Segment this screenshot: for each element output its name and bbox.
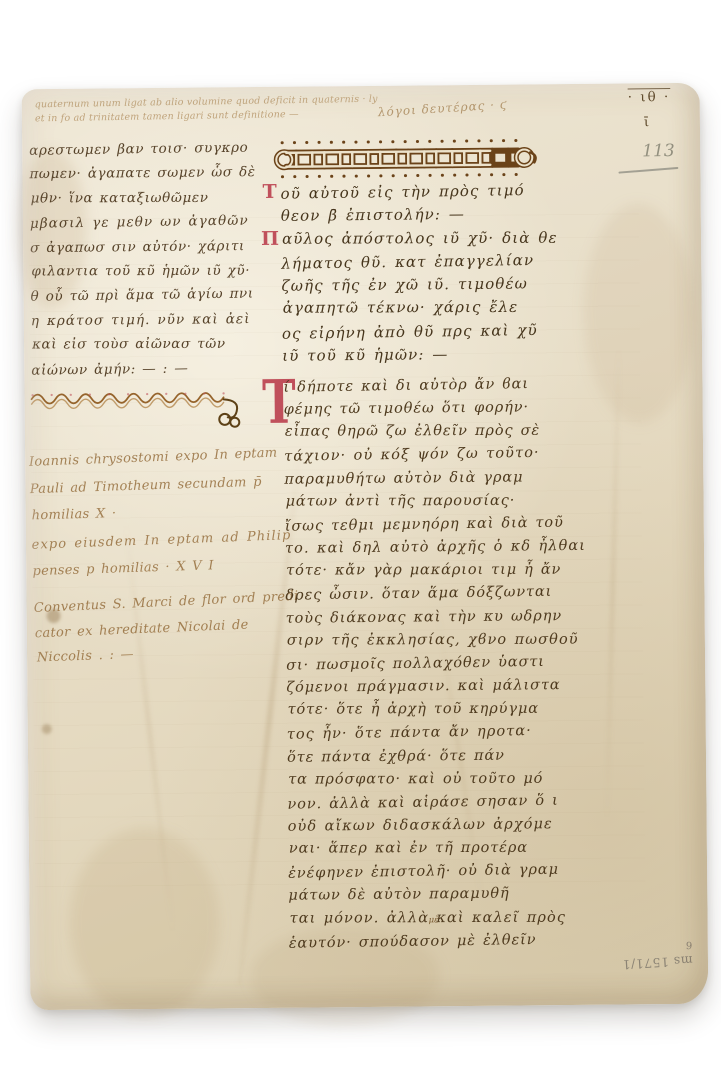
text-line: ὅτε πάντα ἐχθρά· ὅτε πάν bbox=[287, 743, 647, 770]
text-line: καὶ εἰσ τοὺσ αἰῶνασ τῶν bbox=[32, 332, 266, 357]
text-line: σιρν τῆς ἐκκλησίας, χϐνο πωσθοῦ bbox=[287, 628, 647, 652]
top-latin-inscription: quaternum unum ligat ab alio volumine qu… bbox=[35, 93, 378, 127]
text-line: ζωῆς τῆς ἐν χῶ ιῦ. τιμοθέω bbox=[281, 272, 637, 299]
folio-number-pencil: 113 bbox=[642, 141, 675, 161]
text-line: παραμυθήτω αὐτὸν διὰ γραμ bbox=[284, 465, 644, 492]
rubric-initial-tau: Τ bbox=[262, 181, 276, 203]
chrysostom-contents-note: Ioannis chrysostomi expo In eptamPauli a… bbox=[29, 440, 293, 586]
epistle-title-and-opening: οῦ αὐτοῦ εἰς τὴν πρὸς τιμόθεον β̄ ἐπιστο… bbox=[280, 178, 638, 368]
text-line: ιῦ τοῦ κῦ ἡμῶν: — bbox=[282, 341, 638, 368]
text-line: θ οὗ τῶ πρὶ ἅμα τῶ ἁγίω πνι bbox=[30, 282, 264, 310]
text-line: η κράτοσ τιμή. νῦν καὶ ἀεὶ bbox=[31, 307, 265, 334]
text-line: ται μόνον. ἀλλὰ καὶ καλεῖ πρὸς bbox=[290, 906, 650, 930]
quire-submark: ῑ bbox=[644, 115, 649, 130]
interlinear-gloss: μὲ bbox=[429, 915, 439, 925]
homily-text-column: ί δήποτε καὶ δι αὐτὸρ ἄν ϐαιφέμης τῶ τιμ… bbox=[283, 372, 649, 954]
photograph-background: quaternum unum ligat ab alio volumine qu… bbox=[0, 0, 721, 1080]
text-line: μάτων ἀντὶ τῆς παρουσίας· bbox=[286, 489, 646, 513]
text-line: πωμεν· ἀγαπατε σωμεν ὧσ δὲ bbox=[29, 160, 263, 187]
shelfmark-label: ms 1571/1 bbox=[622, 953, 694, 972]
text-line: αρεστωμεν βαν τοισ· συγκρο bbox=[29, 135, 263, 163]
text-line: μάτων δὲ αὐτὸν παραμυθῆ bbox=[288, 882, 648, 909]
text-line: μβασιλ γε μεθν ων ἀγαθῶν bbox=[30, 209, 264, 237]
folio-underline bbox=[618, 167, 678, 173]
greek-title-note: λόγοι δευτέρας · ϛ bbox=[377, 97, 507, 119]
manuscript-page: quaternum unum ligat ab alio volumine qu… bbox=[22, 83, 709, 1010]
text-line: ος εἰρήνη ἀπὸ θῦ πρς καὶ χῦ bbox=[282, 317, 638, 346]
rubric-initial-pi: Π bbox=[261, 228, 279, 250]
quire-number: · ιθ · bbox=[628, 89, 671, 105]
san-marco-exlibris-note: Conventus S. Marci de flor ord predicato… bbox=[33, 585, 301, 672]
interlace-headband-ornament bbox=[274, 136, 538, 181]
left-text-column: αρεστωμεν βαν τοισ· συγκροπωμεν· ἀγαπατε… bbox=[29, 136, 265, 382]
text-line: αἰώνων ἀμήν: — : — bbox=[31, 355, 265, 383]
text-line: μθν· ἵνα καταξιωθῶμεν bbox=[31, 185, 265, 210]
text-line: ζόμενοι πράγμασιν. καὶ μάλιστα bbox=[286, 673, 646, 700]
text-line: τοὺς διάκονας καὶ τὴν κυ ωδρην bbox=[286, 604, 646, 631]
stain bbox=[42, 724, 52, 734]
text-line: το. καὶ δηλ αὐτὸ ἀρχῆς ὁ κδ ἦλθαι bbox=[285, 534, 645, 561]
text-line: τα πρόσφατο· καὶ οὐ τοῦτο μό bbox=[288, 767, 648, 791]
text-line: οὐδ αἴκων διδασκάλων ἀρχόμε bbox=[288, 812, 648, 839]
wavy-divider-ornament bbox=[28, 383, 264, 431]
text-line: θεον β̄ ἐπιστολήν: — bbox=[281, 202, 637, 229]
text-line: φιλαντια τοῦ κῦ ἡμῶν ιῦ χῦ· bbox=[31, 259, 265, 284]
text-line: ἀγαπητῶ τέκνω· χάρις ἔλε bbox=[283, 296, 639, 321]
stain bbox=[69, 827, 221, 1018]
text-line: φέμης τῶ τιμοθέω ὅτι φορήν· bbox=[284, 395, 644, 422]
corner-number: 6 bbox=[686, 939, 693, 950]
text-line: σ ἀγαπωσ σιν αὐτόν· χάριτι bbox=[30, 234, 264, 261]
text-line: αῦλος ἀπόστολος ιῦ χῦ· διὰ θε bbox=[282, 226, 638, 251]
text-line: ἑαυτόν· σπούδασον μὲ ἐλθεῖν bbox=[289, 927, 649, 955]
